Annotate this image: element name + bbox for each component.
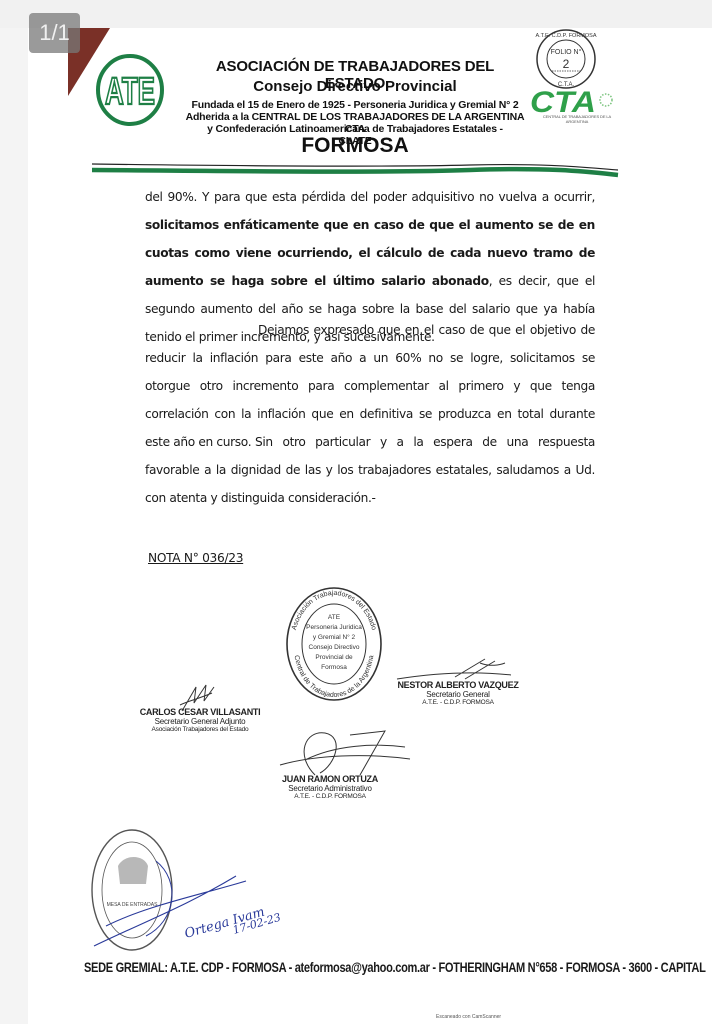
- signature-vazquez: NESTOR ALBERTO VAZQUEZ Secretario Genera…: [388, 680, 528, 706]
- svg-text:Consejo Directivo: Consejo Directivo: [309, 644, 360, 651]
- folio-stamp: FOLIO N° 2 C.T.A. A.T.E. C.D.P. FORMOSA: [533, 28, 599, 90]
- signature-scribble-ortuza: [275, 725, 415, 780]
- header-divider: [90, 158, 620, 182]
- svg-text:Formosa: Formosa: [321, 664, 347, 671]
- org-city: FORMOSA: [190, 134, 520, 158]
- signer-name: JUAN RAMON ORTUZA: [270, 774, 390, 784]
- signer-name: NESTOR ALBERTO VAZQUEZ: [388, 680, 528, 690]
- signer-org: A.T.E. - C.D.P. FORMOSA: [388, 699, 528, 706]
- org-founding-line: Fundada el 15 de Enero de 1925 - Persone…: [190, 99, 520, 111]
- scanner-watermark: Escaneado con CamScanner: [436, 1014, 501, 1020]
- svg-text:ATE: ATE: [328, 614, 341, 621]
- cta-caption: CENTRAL DE TRABAJADORES DE LA ARGENTINA: [532, 114, 622, 124]
- svg-text:Personeria Juridica: Personeria Juridica: [306, 624, 362, 631]
- viewer-topbar: [0, 0, 712, 28]
- svg-text:A.T.E. C.D.P. FORMOSA: A.T.E. C.D.P. FORMOSA: [535, 33, 596, 39]
- signer-role: Secretario General: [388, 690, 528, 699]
- svg-text:2: 2: [563, 57, 570, 71]
- footer-address: SEDE GREMIAL: A.T.E. CDP - FORMOSA - ate…: [84, 960, 519, 975]
- svg-text:Provincial de: Provincial de: [315, 654, 353, 661]
- signer-role: Secretario General Adjunto: [135, 717, 265, 726]
- org-subtitle: Consejo Directivo Provincial: [190, 78, 520, 95]
- paragraph-1-intro: del 90%. Y para que esta pérdida del pod…: [145, 190, 595, 204]
- union-seal: ATE Personeria Juridica y Gremial N° 2 C…: [284, 585, 384, 703]
- signer-role: Secretario Administrativo: [270, 784, 390, 793]
- svg-text:ATE: ATE: [105, 71, 155, 113]
- svg-text:MESA DE ENTRADAS: MESA DE ENTRADAS: [107, 902, 159, 908]
- signer-org: Asociación Trabajadores del Estado: [135, 726, 265, 733]
- signature-ortuza: JUAN RAMON ORTUZA Secretario Administrat…: [270, 774, 390, 800]
- received-stamp: MESA DE ENTRADAS Ortega Ivam 17-02-23: [86, 826, 296, 954]
- svg-text:FOLIO N°: FOLIO N°: [551, 48, 582, 56]
- svg-text:y Gremial N° 2: y Gremial N° 2: [313, 633, 356, 641]
- signer-name: CARLOS CESAR VILLASANTI: [135, 707, 265, 717]
- paragraph-3: Sin otro particular y a la espera de una…: [145, 428, 595, 512]
- page-counter: 1/1: [29, 13, 80, 53]
- signer-org: A.T.E. - C.D.P. FORMOSA: [270, 793, 390, 800]
- note-number: NOTA N° 036/23: [148, 551, 243, 565]
- signature-villasanti: CARLOS CESAR VILLASANTI Secretario Gener…: [135, 707, 265, 733]
